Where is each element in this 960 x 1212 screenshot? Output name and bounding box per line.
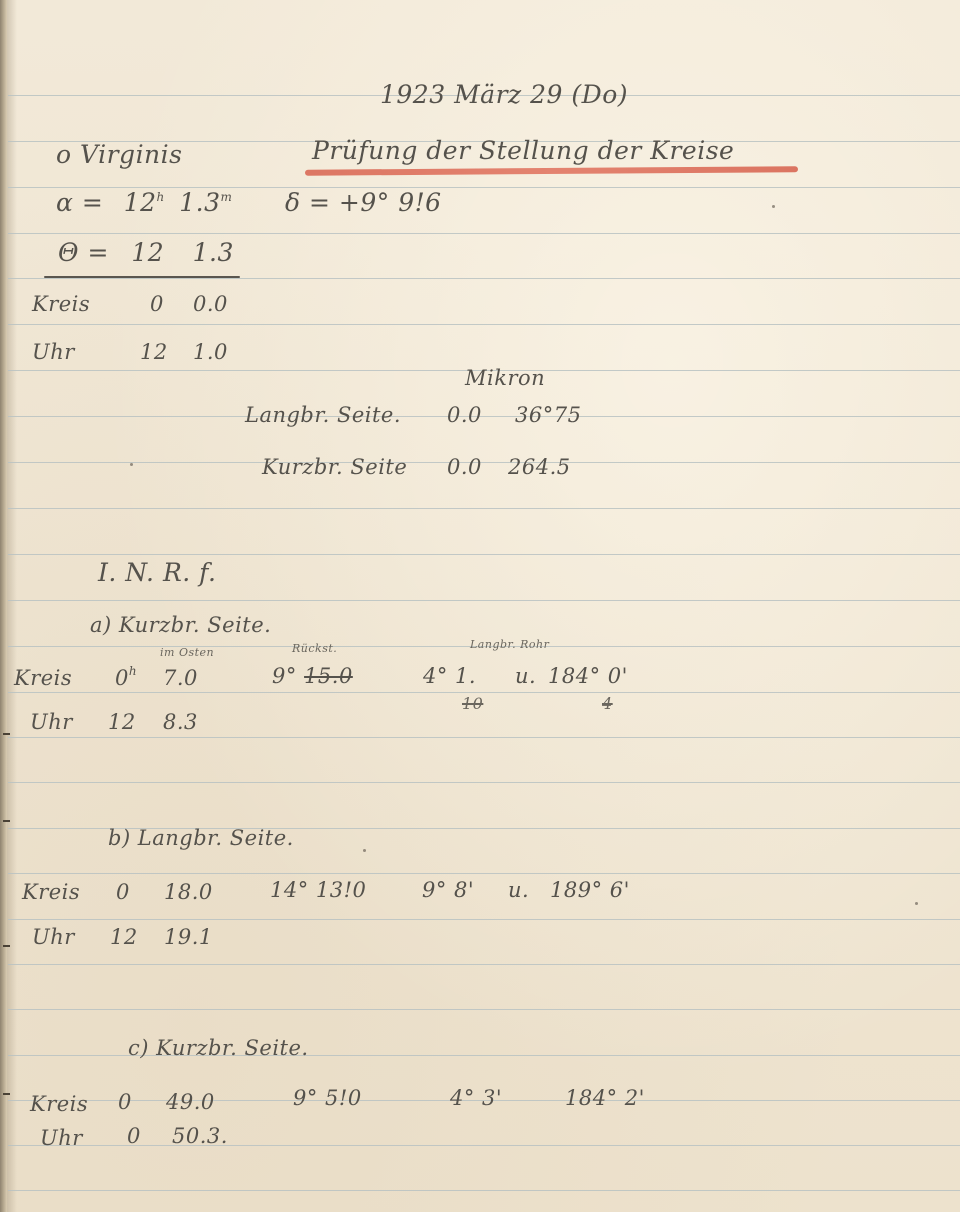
ruled-line <box>8 964 960 965</box>
kreis-hours: 0 <box>150 292 164 316</box>
struck-value: 15.0 <box>304 664 353 688</box>
page-binding-edge <box>0 0 7 1212</box>
ruled-line <box>8 782 960 783</box>
part-c-col3: 4° 3' <box>450 1086 502 1110</box>
uhr-label: Uhr <box>32 340 75 364</box>
mikron-row-value: 0.0 <box>447 455 482 479</box>
part-a-col2: 9° 15.0 <box>272 664 353 688</box>
kreis-hours-value: 0 <box>115 666 129 690</box>
part-b-col3: 9° 8' <box>422 878 474 902</box>
mikron-row-value: 0.0 <box>447 403 482 427</box>
alpha-minutes: 1.3 <box>179 188 220 217</box>
ruled-line <box>8 919 960 920</box>
uhr-minutes: 50.3. <box>172 1124 228 1148</box>
red-pencil-underline <box>305 166 798 175</box>
part-b-col2: 14° 13!0 <box>270 878 366 902</box>
part-b-label: b) Langbr. Seite. <box>108 826 294 850</box>
kreis-hours: 0 <box>116 880 130 904</box>
kreis-label: Kreis <box>32 292 90 316</box>
hours-unit: h <box>129 664 137 678</box>
kreis-minutes: 7.0 <box>163 666 198 690</box>
col2-value: 9° <box>272 664 297 688</box>
ruled-line <box>8 1009 960 1010</box>
entry-title: Prüfung der Stellung der Kreise <box>312 136 734 165</box>
uhr-minutes: 1.0 <box>193 340 228 364</box>
ruled-line <box>8 233 960 234</box>
kreis-minutes: 18.0 <box>164 880 213 904</box>
uhr-label: Uhr <box>30 710 73 734</box>
part-a-label: a) Kurzbr. Seite. <box>90 613 271 637</box>
ruled-line <box>8 692 960 693</box>
paper-speck <box>915 902 918 905</box>
section-heading: I. N. R. f. <box>98 558 216 587</box>
paper-speck <box>772 205 775 208</box>
sum-line <box>44 276 240 278</box>
binding-shadow <box>7 0 17 1212</box>
ruled-line <box>8 873 960 874</box>
binding-mark <box>3 1093 10 1095</box>
paper-speck <box>363 849 366 852</box>
mikron-heading: Mikron <box>465 366 545 390</box>
ruled-line <box>8 324 960 325</box>
part-c-col2: 9° 5!0 <box>293 1086 362 1110</box>
theta-hours: 12 <box>131 238 164 267</box>
ruled-line <box>8 600 960 601</box>
uhr-minutes: 8.3 <box>163 710 198 734</box>
kreis-hours: 0 <box>118 1090 132 1114</box>
alpha-label: α = <box>56 188 103 217</box>
part-c-col4: 184° 2' <box>565 1086 645 1110</box>
uhr-hours: 0 <box>127 1124 141 1148</box>
kreis-minutes: 49.0 <box>166 1090 215 1114</box>
star-name: o Virginis <box>56 140 182 169</box>
ruled-line <box>8 508 960 509</box>
paper-speck <box>130 463 133 466</box>
uhr-hours: 12 <box>140 340 168 364</box>
mikron-row-label: Langbr. Seite. <box>245 403 401 427</box>
minutes-unit: m <box>221 190 233 204</box>
mikron-row-label: Kurzbr. Seite <box>262 455 407 479</box>
ruled-line <box>8 462 960 463</box>
theta-label: Θ = <box>58 238 109 267</box>
sidereal-time: Θ = 12 1.3 <box>58 238 234 267</box>
ruled-line <box>8 1145 960 1146</box>
part-a-col3: 4° 1. <box>423 664 476 688</box>
part-c-label: c) Kurzbr. Seite. <box>128 1036 309 1060</box>
notebook-page: 1923 März 29 (Do) Prüfung der Stellung d… <box>0 0 960 1212</box>
declination: δ = +9° 9!6 <box>285 188 442 217</box>
mikron-row-value: 36°75 <box>515 403 581 427</box>
uhr-hours: 12 <box>110 925 138 949</box>
struck-value: 10 <box>462 694 483 713</box>
kreis-label: Kreis <box>14 666 72 690</box>
kreis-label: Kreis <box>30 1092 88 1116</box>
right-ascension: α = 12h 1.3m <box>56 188 232 217</box>
entry-date: 1923 März 29 (Do) <box>380 80 628 109</box>
part-a-col2-note: Rückst. <box>292 642 337 655</box>
theta-minutes: 1.3 <box>193 238 234 267</box>
ruled-line <box>8 554 960 555</box>
uhr-label: Uhr <box>32 925 75 949</box>
uhr-minutes: 19.1 <box>164 925 213 949</box>
part-b-join: u. <box>508 878 529 902</box>
ruled-line <box>8 416 960 417</box>
binding-mark <box>3 733 10 735</box>
binding-mark <box>3 820 10 822</box>
ruled-line <box>8 1190 960 1191</box>
mikron-row-value: 264.5 <box>508 455 571 479</box>
ruled-line <box>8 278 960 279</box>
uhr-label: Uhr <box>40 1126 83 1150</box>
binding-mark <box>3 945 10 947</box>
kreis-label: Kreis <box>22 880 80 904</box>
alpha-hours: 12 <box>124 188 157 217</box>
kreis-hours: 0h <box>115 666 137 690</box>
uhr-hours: 12 <box>108 710 136 734</box>
part-a-join: u. <box>515 664 536 688</box>
hours-unit: h <box>157 190 165 204</box>
kreis-minutes: 0.0 <box>193 292 228 316</box>
part-a-col4: 184° 0' <box>548 664 628 688</box>
part-a-note: im Osten <box>160 646 214 659</box>
struck-value: 4 <box>602 694 613 713</box>
ruled-line <box>8 737 960 738</box>
part-a-col3-note: Langbr. Rohr <box>470 638 549 651</box>
part-b-col4: 189° 6' <box>550 878 630 902</box>
